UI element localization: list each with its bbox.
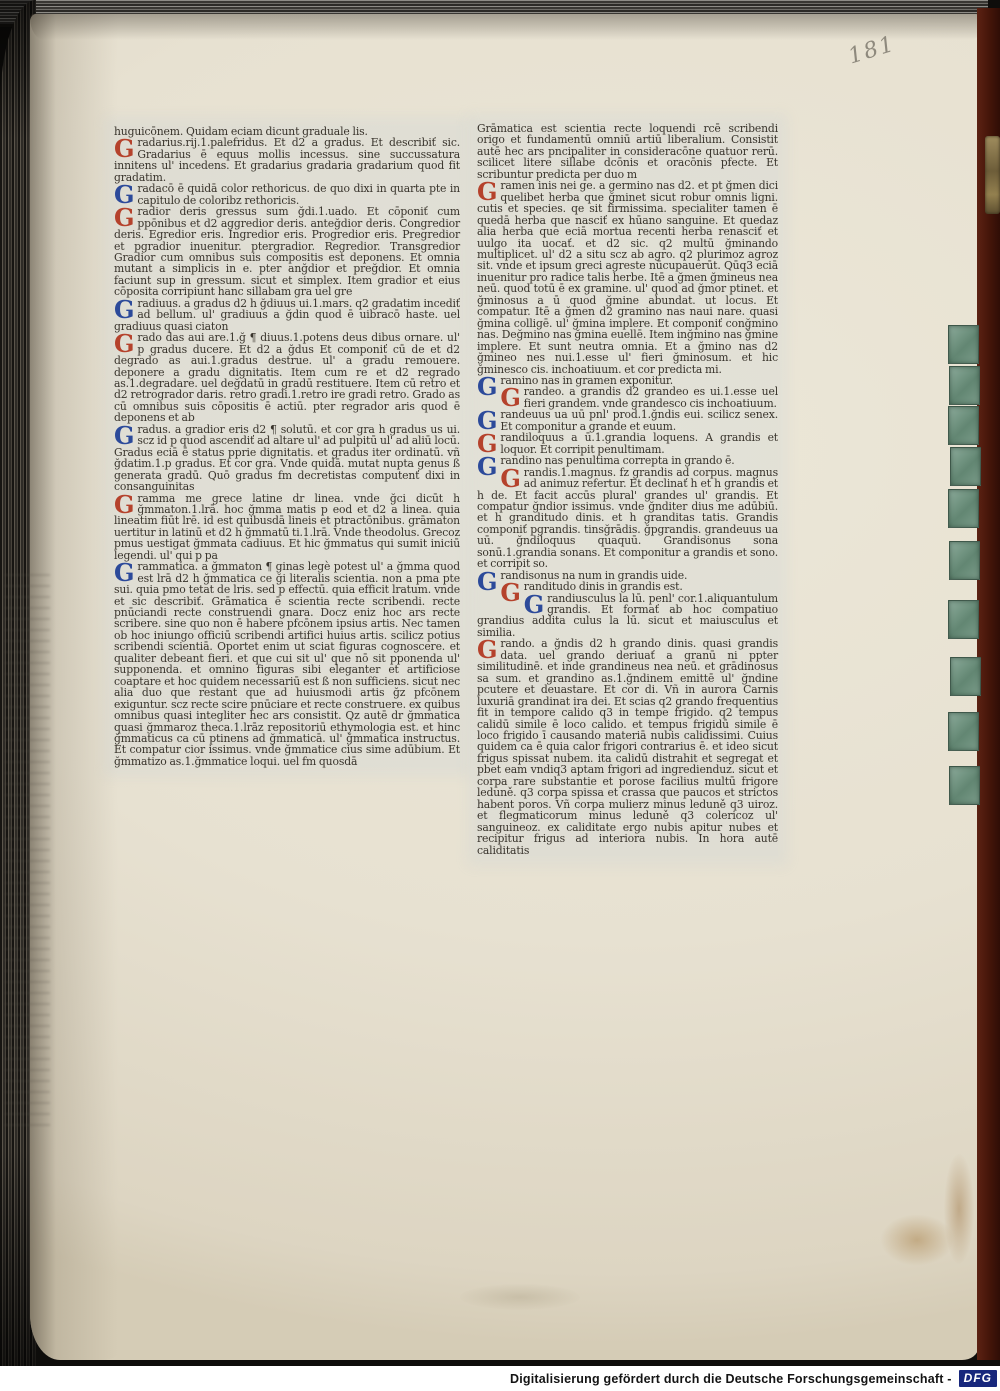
rubricated-initial: G: [114, 493, 137, 515]
rubricated-initial: G: [114, 332, 137, 354]
dictionary-entry: Gradus. a gradior eris d2 ¶ solutū. et c…: [114, 424, 460, 493]
page-top-shadow: [30, 14, 978, 40]
leaf-tab: [948, 406, 979, 445]
dictionary-entry: Grammatica. a ğmmaton ¶ ginas legè potes…: [114, 561, 460, 767]
credit-text: Digitalisierung gefördert durch die Deut…: [510, 1372, 952, 1386]
leaf-tab: [949, 766, 980, 805]
dictionary-entry: Grāmatica est scientia recte loquendi rc…: [477, 123, 778, 180]
entry-text: ramen inis nei ge. a germino nas d2. et …: [477, 179, 778, 375]
entry-text: randeo. a grandis d2 grandeo es ui.1.ess…: [524, 385, 778, 409]
entry-text: ramma me grece latine dr linea. vnde ğci…: [114, 492, 460, 562]
dictionary-entry: Gramma me grece latine dr linea. vnde ğc…: [114, 493, 460, 562]
leaf-tab: [950, 447, 981, 486]
ink-bleedthrough: [4, 574, 50, 1134]
entry-text: rando. a ğndis d2 h grando dinis. quasi …: [477, 637, 778, 856]
entry-text: radior deris gressus sum ğdi.1.uado. Et …: [114, 205, 460, 298]
rubricated-initial: G: [500, 386, 523, 408]
digitization-credit-bar: Digitalisierung gefördert durch die Deut…: [0, 1366, 1000, 1391]
dictionary-entry: Gramen inis nei ge. a germino nas d2. et…: [477, 180, 778, 375]
rubricated-initial: G: [114, 183, 137, 205]
entry-text: randeuus ua uū pnl' prod.1.ğndis eui. sc…: [500, 408, 778, 432]
text-column-right: Grāmatica est scientia recte loquendi rc…: [477, 123, 778, 856]
leaf-tab: [948, 325, 979, 364]
entry-text: Grāmatica est scientia recte loquendi rc…: [477, 122, 778, 181]
rubricated-initial: G: [477, 375, 500, 397]
book-scan: 181 huguicōnem. Quidam eciam dicunt grad…: [0, 0, 1000, 1391]
rubricated-initial: G: [114, 561, 137, 583]
entry-text: radacō ē quidā color rethoricus. de quo …: [137, 182, 460, 206]
dictionary-entry: Grando. a ğndis d2 h grando dinis. quasi…: [477, 638, 778, 856]
leaf-tab: [948, 712, 979, 751]
entry-text: rado das aui are.1.ğ ¶ diuus.1.potens de…: [114, 331, 460, 424]
rubricated-initial: G: [477, 638, 500, 660]
rubricated-initial: G: [477, 432, 500, 454]
rubricated-initial: G: [114, 206, 137, 228]
rubricated-initial: G: [114, 424, 137, 446]
dfg-logo: DFG: [959, 1370, 997, 1387]
rubricated-initial: G: [500, 581, 523, 603]
dictionary-entry: Gradacō ē quidā color rethoricus. de quo…: [114, 183, 460, 206]
entry-text: radarius.rij.1.palefridus. Et d2 a gradu…: [114, 136, 460, 183]
leaf-tab: [948, 489, 979, 528]
rubricated-initial: G: [477, 180, 500, 202]
parchment-stain: [460, 1284, 580, 1310]
rubricated-initial: G: [114, 298, 137, 320]
parchment-stain: [880, 1214, 954, 1266]
dictionary-entry: Gradior deris gressus sum ğdi.1.uado. Et…: [114, 206, 460, 298]
leaf-tab: [949, 366, 980, 405]
dictionary-entry: Gradarius.rij.1.palefridus. Et d2 a grad…: [114, 137, 460, 183]
entry-text: rammatica. a ğmmaton ¶ ginas legè potest…: [114, 560, 460, 768]
rubricated-initial: G: [500, 467, 523, 489]
entry-text: radiuus. a gradus d2 h ğdiuus ui.1.mars.…: [114, 297, 460, 333]
rubricated-initial: G: [477, 409, 500, 431]
rubricated-initial: G: [477, 455, 500, 477]
parchment-stain: [944, 1154, 974, 1264]
dictionary-entry: Grandis.1.magnus. fz grandis ad corpus. …: [477, 467, 778, 570]
rubricated-initial: G: [477, 570, 500, 592]
leaf-tab: [948, 600, 979, 639]
entry-text: radus. a gradior eris d2 ¶ solutū. et co…: [114, 423, 460, 493]
dictionary-entry: Grandeo. a grandis d2 grandeo es ui.1.es…: [477, 386, 778, 409]
dictionary-entry: Grado das aui are.1.ğ ¶ diuus.1.potens d…: [114, 332, 460, 424]
dictionary-entry: Gradiuus. a gradus d2 h ğdiuus ui.1.mars…: [114, 298, 460, 332]
leaf-tab: [949, 541, 980, 580]
manuscript-page: 181 huguicōnem. Quidam eciam dicunt grad…: [30, 14, 978, 1360]
leaf-tab: [950, 657, 981, 696]
clasp-remnant: [985, 136, 1000, 214]
entry-text: randiloquus a ū.1.grandia loquens. A gra…: [500, 431, 778, 455]
rubricated-initial: G: [524, 593, 547, 615]
rubricated-initial: G: [114, 137, 137, 159]
dictionary-entry: Grandiloquus a ū.1.grandia loquens. A gr…: [477, 432, 778, 455]
dictionary-entry: Grandeuus ua uū pnl' prod.1.ğndis eui. s…: [477, 409, 778, 432]
text-column-left: huguicōnem. Quidam eciam dicunt graduale…: [114, 126, 460, 767]
